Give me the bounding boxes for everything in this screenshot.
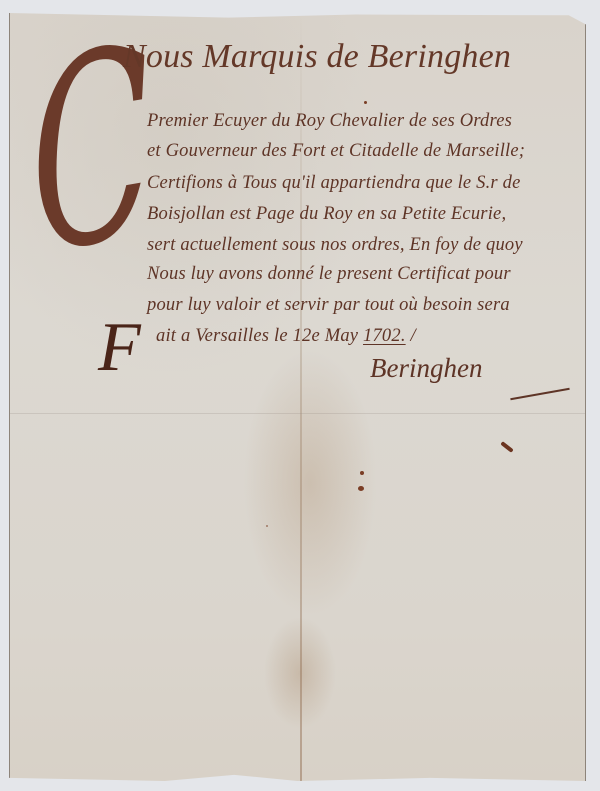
paper-sheet: C Nous Marquis de Beringhen Premier Ecuy… [9,13,586,781]
ink-spot [358,486,364,491]
date-text: ait a Versailles le 12e May [156,326,358,346]
text-line-4: Boisjollan est Page du Roy en sa Petite … [147,204,506,225]
text-line-1: Premier Ecuyer du Roy Chevalier de ses O… [147,111,512,132]
ink-mark [500,441,513,453]
text-line-7: pour luy valoir et servir par tout où be… [147,295,510,316]
date-year: 1702. [363,326,406,346]
ink-spot [360,471,364,475]
decorative-initial-f: F [98,313,141,383]
signature: Beringhen [370,353,482,384]
signature-flourish [510,388,569,400]
text-line-2: et Gouverneur des Fort et Citadelle de M… [147,141,525,162]
text-line-6: Nous luy avons donné le present Certific… [147,264,511,285]
horizontal-fold-crease [10,413,585,414]
text-line-3: Certifions à Tous qu'il appartiendra que… [147,173,521,194]
closing-mark: / [410,326,415,346]
ink-spot [364,101,367,104]
ink-spot [266,525,268,527]
text-line-5: sert actuellement sous nos ordres, En fo… [147,235,523,256]
heading-line: Nous Marquis de Beringhen [123,38,511,76]
date-line: ait a Versailles le 12e May 1702. / [156,326,416,347]
